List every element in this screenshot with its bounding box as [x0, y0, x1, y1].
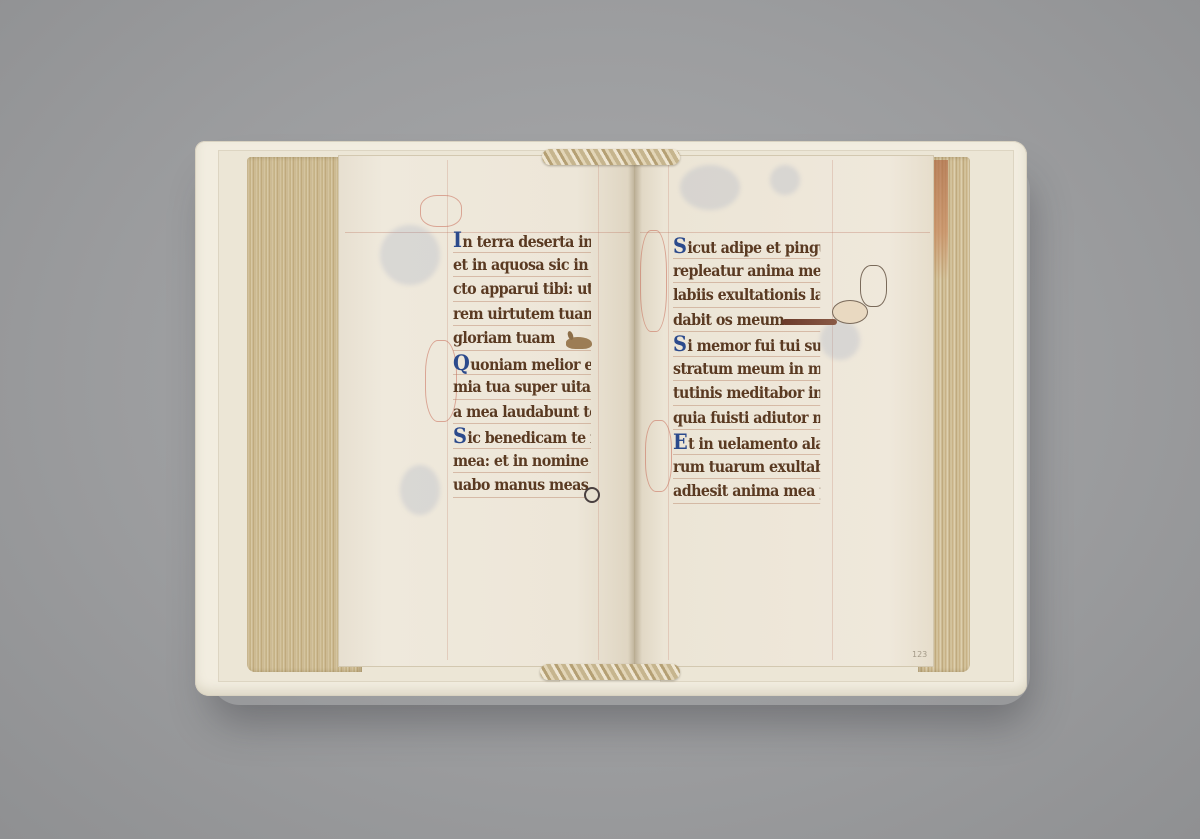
- line-text: quia fuisti adiutor meus.: [673, 408, 820, 427]
- text-line: Sicut adipe et pingudie: [673, 234, 820, 259]
- gutter: [628, 160, 642, 665]
- text-line: mia tua super uitas: labi: [453, 375, 591, 400]
- show-through-left-bottom: [400, 465, 440, 515]
- text-line: adhesit anima mea p: [673, 479, 820, 504]
- line-text: tutinis meditabor in te: [673, 383, 820, 402]
- line-text: t in uelamento ala: [688, 434, 820, 453]
- line-text: rem uirtutem tuam et: [453, 304, 591, 323]
- ruling-line: [668, 160, 669, 660]
- text-line: Si memor fui tui sup: [673, 332, 820, 357]
- text-line: quia fuisti adiutor meus.: [673, 406, 820, 431]
- line-text: uoniam melior est: [470, 355, 591, 374]
- text-line: uabo manus meas: [453, 473, 591, 498]
- line-text: stratum meum in ma: [673, 359, 820, 378]
- line-text: mia tua super uitas: labi: [453, 377, 591, 396]
- line-text: n terra deserta in uia: [462, 232, 591, 251]
- line-text: labiis exultationis lau: [673, 285, 820, 304]
- line-text: adhesit anima mea p: [673, 481, 820, 500]
- line-text: gloriam tuam: [453, 328, 555, 347]
- penwork-flourish: [645, 420, 672, 492]
- text-line: rum tuarum exultabo: [673, 455, 820, 480]
- line-text: cto apparui tibi: ut uide: [453, 279, 591, 298]
- text-line: rem uirtutem tuam et: [453, 302, 591, 327]
- line-text: rum tuarum exultabo: [673, 457, 820, 476]
- show-through-left-top: [380, 225, 440, 285]
- folio-number: 123: [912, 650, 927, 659]
- text-line: In terra deserta in uia: [453, 228, 591, 253]
- show-through-right-top2: [770, 165, 800, 195]
- text-line: Sic benedicam te in uita: [453, 424, 591, 449]
- line-text: et in aquosa sic in san: [453, 255, 591, 274]
- line-text: dabit os meum: [673, 310, 784, 329]
- text-line: labiis exultationis lau: [673, 283, 820, 308]
- text-line: et in aquosa sic in san: [453, 253, 591, 278]
- text-line: mea: et in nomine tuo le: [453, 449, 591, 474]
- show-through-right-top: [680, 165, 740, 210]
- spine-band-top: [542, 149, 680, 165]
- penwork-flourish: [420, 195, 462, 227]
- emblem-icon: [584, 487, 600, 503]
- line-text: i memor fui tui sup: [687, 336, 820, 355]
- line-text: a mea laudabunt te.: [453, 402, 591, 421]
- text-line: a mea laudabunt te.: [453, 400, 591, 425]
- ruling-line: [640, 232, 930, 233]
- initial-letter: S: [453, 424, 466, 448]
- text-line: Et in uelamento ala: [673, 430, 820, 455]
- penwork-flourish: [640, 230, 667, 332]
- line-text: icut adipe et pingudie: [687, 238, 820, 257]
- text-line: tutinis meditabor in te: [673, 381, 820, 406]
- line-text: ic benedicam te in uita: [467, 428, 591, 447]
- text-line: repleatur anima mea: et: [673, 259, 820, 284]
- text-line: Quoniam melior est: [453, 351, 591, 376]
- grotesque-figure-icon: [832, 300, 868, 324]
- initial-letter: S: [673, 234, 686, 258]
- grotesque-body: [782, 319, 837, 325]
- initial-letter: S: [673, 332, 686, 356]
- initial-letter: I: [453, 228, 461, 252]
- line-text: mea: et in nomine tuo le: [453, 451, 591, 470]
- line-text: uabo manus meas: [453, 475, 588, 494]
- line-text: repleatur anima mea: et: [673, 261, 820, 280]
- initial-letter: E: [673, 430, 687, 454]
- text-line: cto apparui tibi: ut uide: [453, 277, 591, 302]
- hare-icon: [566, 337, 592, 349]
- spine-band-bottom: [540, 664, 680, 680]
- grotesque-tail: [860, 265, 887, 307]
- initial-letter: Q: [453, 351, 469, 375]
- red-edge-stain: [934, 160, 948, 280]
- left-page-text: In terra deserta in uia et in aquosa sic…: [453, 228, 603, 498]
- right-page-text: Sicut adipe et pingudie repleatur anima …: [673, 234, 833, 504]
- text-line: stratum meum in ma: [673, 357, 820, 382]
